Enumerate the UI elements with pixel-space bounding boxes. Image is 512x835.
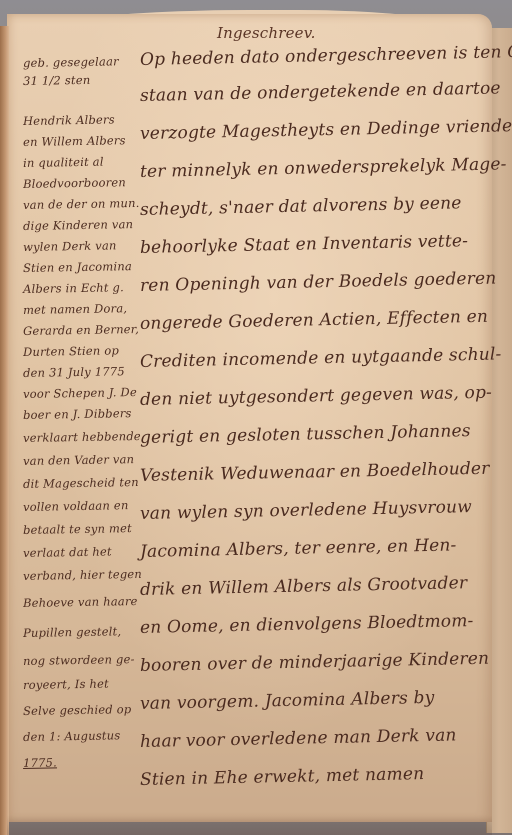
main-text-line: Crediten incomende en uytgaande schul- (140, 344, 502, 372)
margin-note-line: van de der on mun. (23, 196, 140, 212)
margin-note-line: dit Magescheid ten (23, 475, 139, 491)
margin-note-line: dige Kinderen van (23, 217, 133, 233)
margin-note-line: van den Vader van (23, 452, 134, 468)
margin-note-line: met namen Dora, (23, 301, 127, 317)
document-photo: Ingeschreev. Op heeden dato ondergeschre… (0, 0, 512, 835)
main-text-line: behoorlyke Staat en Inventaris vette- (140, 231, 469, 258)
main-text-line: Vestenik Weduwenaar en Boedelhouder (140, 459, 490, 486)
book-binding-edge (0, 26, 9, 835)
margin-note-line: royeert, Is het (23, 677, 109, 692)
manuscript-page: Ingeschreev. Op heeden dato ondergeschre… (7, 14, 492, 822)
margin-note-line: 31 1/2 sten (23, 73, 91, 88)
page-bottom-shadow (7, 815, 492, 835)
main-text-line: den niet uytgesondert gegeven was, op- (140, 383, 492, 410)
margin-note-line: Durten Stien op (23, 343, 119, 359)
margin-note-line: verband, hier tegen (23, 567, 142, 583)
margin-note-line: den 31 July 1775 (23, 364, 125, 380)
margin-note-line: verlaat dat het (23, 544, 112, 560)
main-text-line: scheydt, s'naer dat alvorens by eene (140, 193, 462, 220)
main-text-line: ren Openingh van der Boedels goederen (140, 269, 497, 296)
main-text-line: Jacomina Albers, ter eenre, en Hen- (140, 535, 457, 562)
margin-note-line: Selve geschied op (23, 702, 132, 718)
main-text-line: staan van de ondergetekende en daartoe (140, 78, 501, 106)
main-text-line: booren over de minderjaarige Kinderen (140, 649, 490, 676)
margin-note-line: nog stwordeen ge- (23, 652, 135, 668)
margin-note-line: voor Schepen J. De (23, 385, 137, 401)
margin-note-line: Hendrik Albers (23, 112, 115, 128)
main-text-line: Op heeden dato ondergeschreeven is ten O… (140, 41, 512, 70)
margin-note-line: vollen voldaan en (23, 498, 129, 514)
main-text-line: en Oome, en dienvolgens Bloedtmom- (140, 611, 474, 638)
main-text-line: Stien in Ehe erwekt, met namen (140, 764, 425, 790)
main-text-line: ter minnelyk en onwedersprekelyk Mage- (140, 154, 507, 182)
margin-note-line: betaalt te syn met (23, 521, 132, 537)
margin-note-line: Bloedvoorbooren (23, 175, 126, 191)
margin-note-line: verklaart hebbende (23, 429, 141, 445)
margin-note-line: boer en J. Dibbers (23, 406, 132, 422)
main-text-line: gerigt en gesloten tusschen Johannes (140, 421, 471, 448)
main-text-line: drik en Willem Albers als Grootvader (140, 573, 468, 600)
main-text-line: ongerede Goederen Actien, Effecten en (140, 307, 488, 334)
margin-note-line: en Willem Albers (23, 133, 126, 149)
main-text-line: verzogte Magestheyts en Dedinge vrienden… (140, 116, 512, 144)
margin-note-line: den 1: Augustus (23, 728, 121, 744)
margin-note-date: 1775. (23, 755, 57, 770)
margin-note-line: wylen Derk van (23, 238, 117, 254)
main-text-line: haar voor overledene man Derk van (140, 725, 457, 752)
main-text-line: van wylen syn overledene Huysvrouw (140, 497, 472, 524)
page-heading: Ingeschreev. (217, 24, 316, 42)
margin-note-line: in qualiteit al (23, 155, 104, 170)
margin-note-line: Pupillen gestelt, (23, 624, 121, 640)
margin-note-line: Behoeve van haare (23, 594, 138, 610)
margin-note-line: geb. gesegelaar (23, 54, 119, 70)
margin-note-line: Albers in Echt g. (23, 280, 124, 296)
margin-note-line: Gerarda en Berner, (23, 322, 139, 338)
main-text-line: van voorgem. Jacomina Albers by (140, 688, 435, 714)
margin-note-line: Stien en Jacomina (23, 259, 132, 275)
